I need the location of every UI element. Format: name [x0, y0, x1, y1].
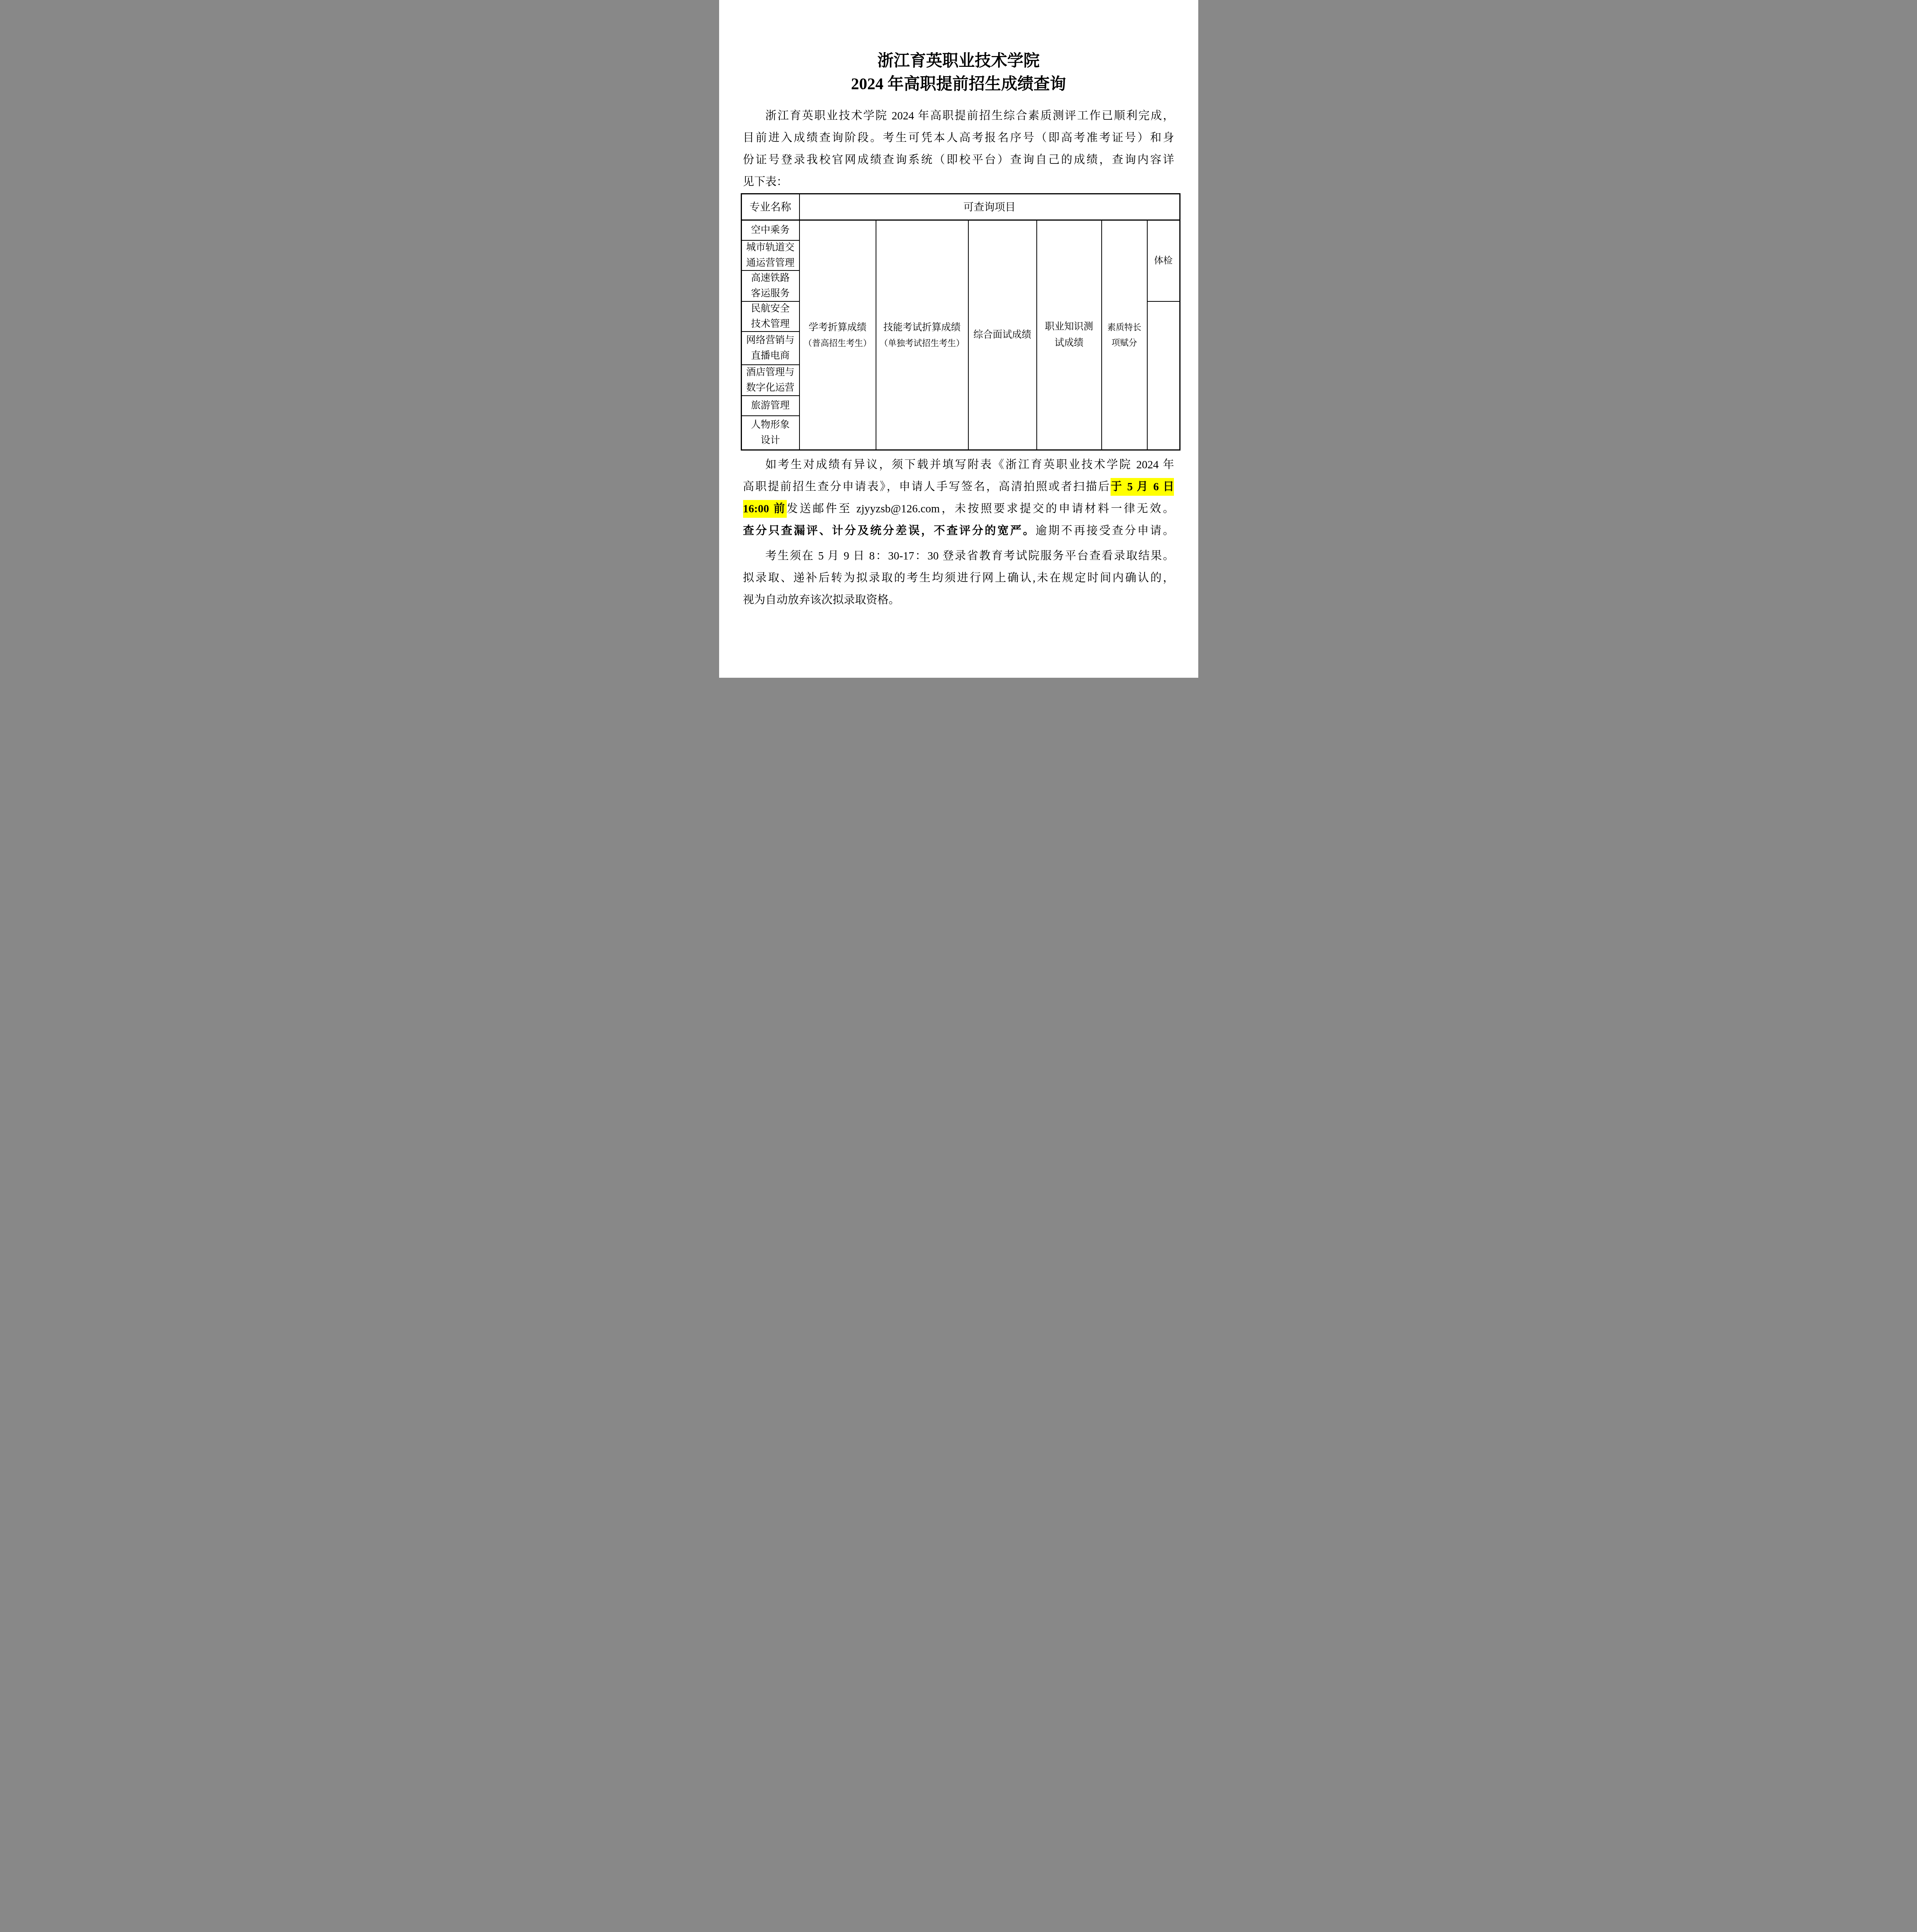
- text-segment: 目前进入成绩查询阶段。考生可凭本人高考报名序号（即高考准考证号）和身: [743, 132, 1174, 144]
- text-line: 高职提前招生查分申请表》，申请人手写签名，高清拍照或者扫描后于 5 月 6 日: [743, 476, 1174, 498]
- table-cell-major-civil-aviation-safety: 民航安全 技术管理: [742, 302, 800, 332]
- document-page: 浙江育英职业技术学院 2024 年高职提前招生成绩查询 浙江育英职业技术学院 2…: [719, 0, 1198, 678]
- text-segment: 查分只查漏评、计分及统分差误，不查评分的宽严。: [743, 525, 1036, 537]
- text-line: 如考生对成绩有异议，须下载并填写附表《浙江育英职业技术学院 2024 年: [743, 454, 1174, 476]
- text-line: 拟录取、递补后转为拟录取的考生均须进行网上确认,未在规定时间内确认的，: [743, 567, 1174, 589]
- column-subtitle: （单独考试招生考生）: [879, 336, 964, 350]
- table-cell-interview-score: 综合面试成绩: [969, 221, 1037, 449]
- text-segment: 份证号登录我校官网成绩查询系统（即校平台）查询自己的成绩，查询内容详: [743, 154, 1174, 166]
- text-segment: 高职提前招生查分申请表》，申请人手写签名，高清拍照或者扫描后: [743, 481, 1111, 493]
- column-title: 素质特长 项赋分: [1107, 320, 1141, 350]
- table-cell-major-urban-rail: 城市轨道交 通运营管理: [742, 241, 800, 271]
- text-segment: 视为自动放弃该次拟录取资格。: [743, 594, 900, 606]
- column-title: 学考折算成绩: [808, 320, 866, 336]
- column-title: 综合面试成绩: [973, 327, 1031, 343]
- text-segment: 发送邮件至: [787, 503, 856, 515]
- appeal-instructions-paragraph: 如考生对成绩有异议，须下载并填写附表《浙江育英职业技术学院 2024 年高职提前…: [743, 454, 1174, 542]
- table-cell-major-image-design: 人物形象 设计: [742, 416, 800, 449]
- table-cell-major-high-speed-rail: 高速铁路 客运服务: [742, 271, 800, 302]
- table-cell-vocational-knowledge-score: 职业知识测 试成绩: [1037, 221, 1102, 449]
- text-line: 16:00 前发送邮件至 zjyyzsb@126.com，未按照要求提交的申请材…: [743, 498, 1174, 520]
- text-segment: 考生须在 5 月 9 日 8：30-17：30 登录省教育考试院服务平台查看录取…: [765, 550, 1174, 562]
- table-cell-major-tourism: 旅游管理: [742, 396, 800, 416]
- document-title-line2: 2024 年高职提前招生成绩查询: [743, 73, 1174, 96]
- text-segment: 浙江育英职业技术学院 2024 年高职提前招生综合素质测评工作已顺利完成，: [765, 110, 1174, 122]
- text-segment: 逾期不再接受查分申请。: [1036, 525, 1174, 537]
- column-title: 职业知识测 试成绩: [1045, 319, 1093, 351]
- intro-paragraph: 浙江育英职业技术学院 2024 年高职提前招生综合素质测评工作已顺利完成，目前进…: [743, 105, 1174, 193]
- text-line: 查分只查漏评、计分及统分差误，不查评分的宽严。逾期不再接受查分申请。: [743, 520, 1174, 542]
- table-cell-major-hotel-management: 酒店管理与 数字化运营: [742, 365, 800, 396]
- text-segment: 见下表：: [743, 176, 788, 188]
- admission-result-paragraph: 考生须在 5 月 9 日 8：30-17：30 登录省教育考试院服务平台查看录取…: [743, 545, 1174, 611]
- column-subtitle: （普高招生考生）: [803, 336, 871, 350]
- document-title-line1: 浙江育英职业技术学院: [743, 49, 1174, 73]
- score-query-table: 专业名称 可查询项目 空中乘务 城市轨道交 通运营管理 高速铁路 客运服务 民航…: [741, 193, 1180, 451]
- table-cell-physical-exam-empty: [1148, 302, 1179, 449]
- text-line: 目前进入成绩查询阶段。考生可凭本人高考报名序号（即高考准考证号）和身: [743, 127, 1174, 149]
- deadline-time-highlight: 16:00 前: [743, 500, 787, 518]
- deadline-date-highlight: 于 5 月 6 日: [1111, 478, 1174, 496]
- text-segment: 拟录取、递补后转为拟录取的考生均须进行网上确认,未在规定时间内确认的，: [743, 572, 1174, 584]
- column-title: 技能考试折算成绩: [883, 320, 961, 336]
- table-header-query-items: 可查询项目: [800, 194, 1179, 221]
- text-segment: ，未按照要求提交的申请材料一律无效。: [940, 503, 1174, 515]
- text-segment: 如考生对成绩有异议，须下载并填写附表《浙江育英职业技术学院 2024 年: [765, 459, 1174, 471]
- text-line: 份证号登录我校官网成绩查询系统（即校平台）查询自己的成绩，查询内容详: [743, 149, 1174, 171]
- text-line: 考生须在 5 月 9 日 8：30-17：30 登录省教育考试院服务平台查看录取…: [743, 545, 1174, 567]
- text-line: 视为自动放弃该次拟录取资格。: [743, 589, 1174, 611]
- email-address: zjyyzsb@126.com: [856, 503, 940, 515]
- text-line: 见下表：: [743, 171, 1174, 193]
- table-cell-skill-exam-score: 技能考试折算成绩 （单独考试招生考生）: [876, 221, 969, 449]
- table-cell-specialty-bonus-score: 素质特长 项赋分: [1102, 221, 1148, 449]
- table-cell-major-air-crew: 空中乘务: [742, 221, 800, 241]
- table-header-major: 专业名称: [742, 194, 800, 221]
- table-cell-physical-exam: 体检: [1148, 221, 1179, 302]
- table-cell-academic-score: 学考折算成绩 （普高招生考生）: [800, 221, 876, 449]
- table-cell-major-network-marketing: 网络营销与 直播电商: [742, 332, 800, 365]
- text-line: 浙江育英职业技术学院 2024 年高职提前招生综合素质测评工作已顺利完成，: [743, 105, 1174, 127]
